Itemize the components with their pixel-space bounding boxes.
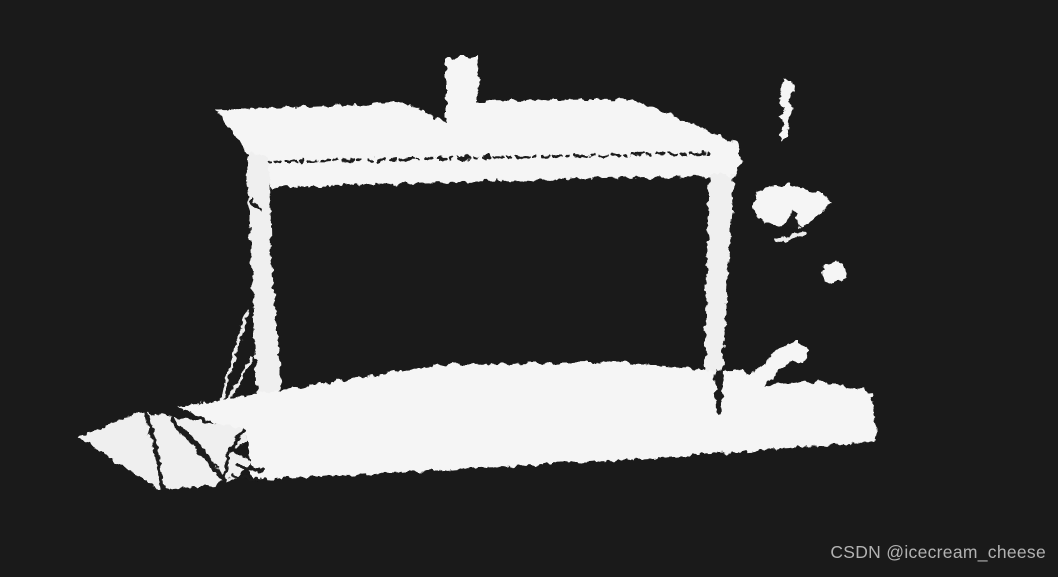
- pointcloud-viewport: CSDN @icecream_cheese: [0, 0, 1058, 577]
- watermark-text: CSDN @icecream_cheese: [830, 542, 1046, 562]
- pointcloud-render: [0, 0, 1058, 577]
- watermark: CSDN @icecream_cheese: [830, 542, 1046, 563]
- debris-hole: [147, 428, 153, 434]
- background: [0, 0, 1058, 577]
